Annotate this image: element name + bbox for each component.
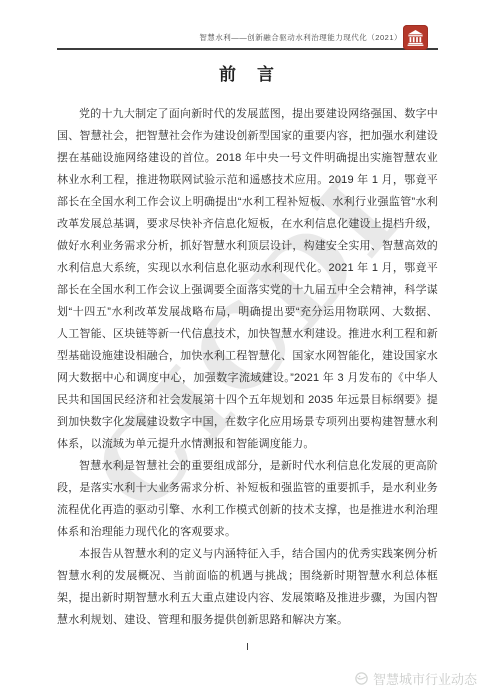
body-text: 党的十九大制定了面向新时代的发展蓝图，提出要建设网络强国、数字中国、智慧社会，把… [57, 103, 438, 631]
footer-brand-label: 智慧城市行业动态 [373, 669, 477, 688]
temple-logo-badge [403, 25, 428, 50]
paragraph-1: 党的十九大制定了面向新时代的发展蓝图，提出要建设网络强国、数字中国、智慧社会，把… [57, 103, 438, 455]
page-title: 前 言 [0, 60, 495, 85]
page-header: 智慧水利——创新融合驱动水利治理能力现代化（2021） [57, 0, 438, 50]
temple-icon [406, 28, 425, 47]
paragraph-3: 本报告从智慧水利的定义与内涵特征入手，结合国内的优秀实践案例分析智慧水利的发展概… [57, 543, 438, 631]
page-number: I [0, 642, 495, 653]
swirl-logo-icon [354, 671, 369, 686]
footer-brand: 智慧城市行业动态 [354, 669, 477, 688]
paragraph-2: 智慧水利是智慧社会的重要组成部分，是新时代水利信息化发展的更高阶段，是落实水利十… [57, 455, 438, 543]
header-title: 智慧水利——创新融合驱动水利治理能力现代化（2021） [199, 32, 402, 43]
document-page: CICDI 智慧水利——创新融合驱动水利治理能力现代化（2021） 前 言 党的… [0, 0, 495, 700]
